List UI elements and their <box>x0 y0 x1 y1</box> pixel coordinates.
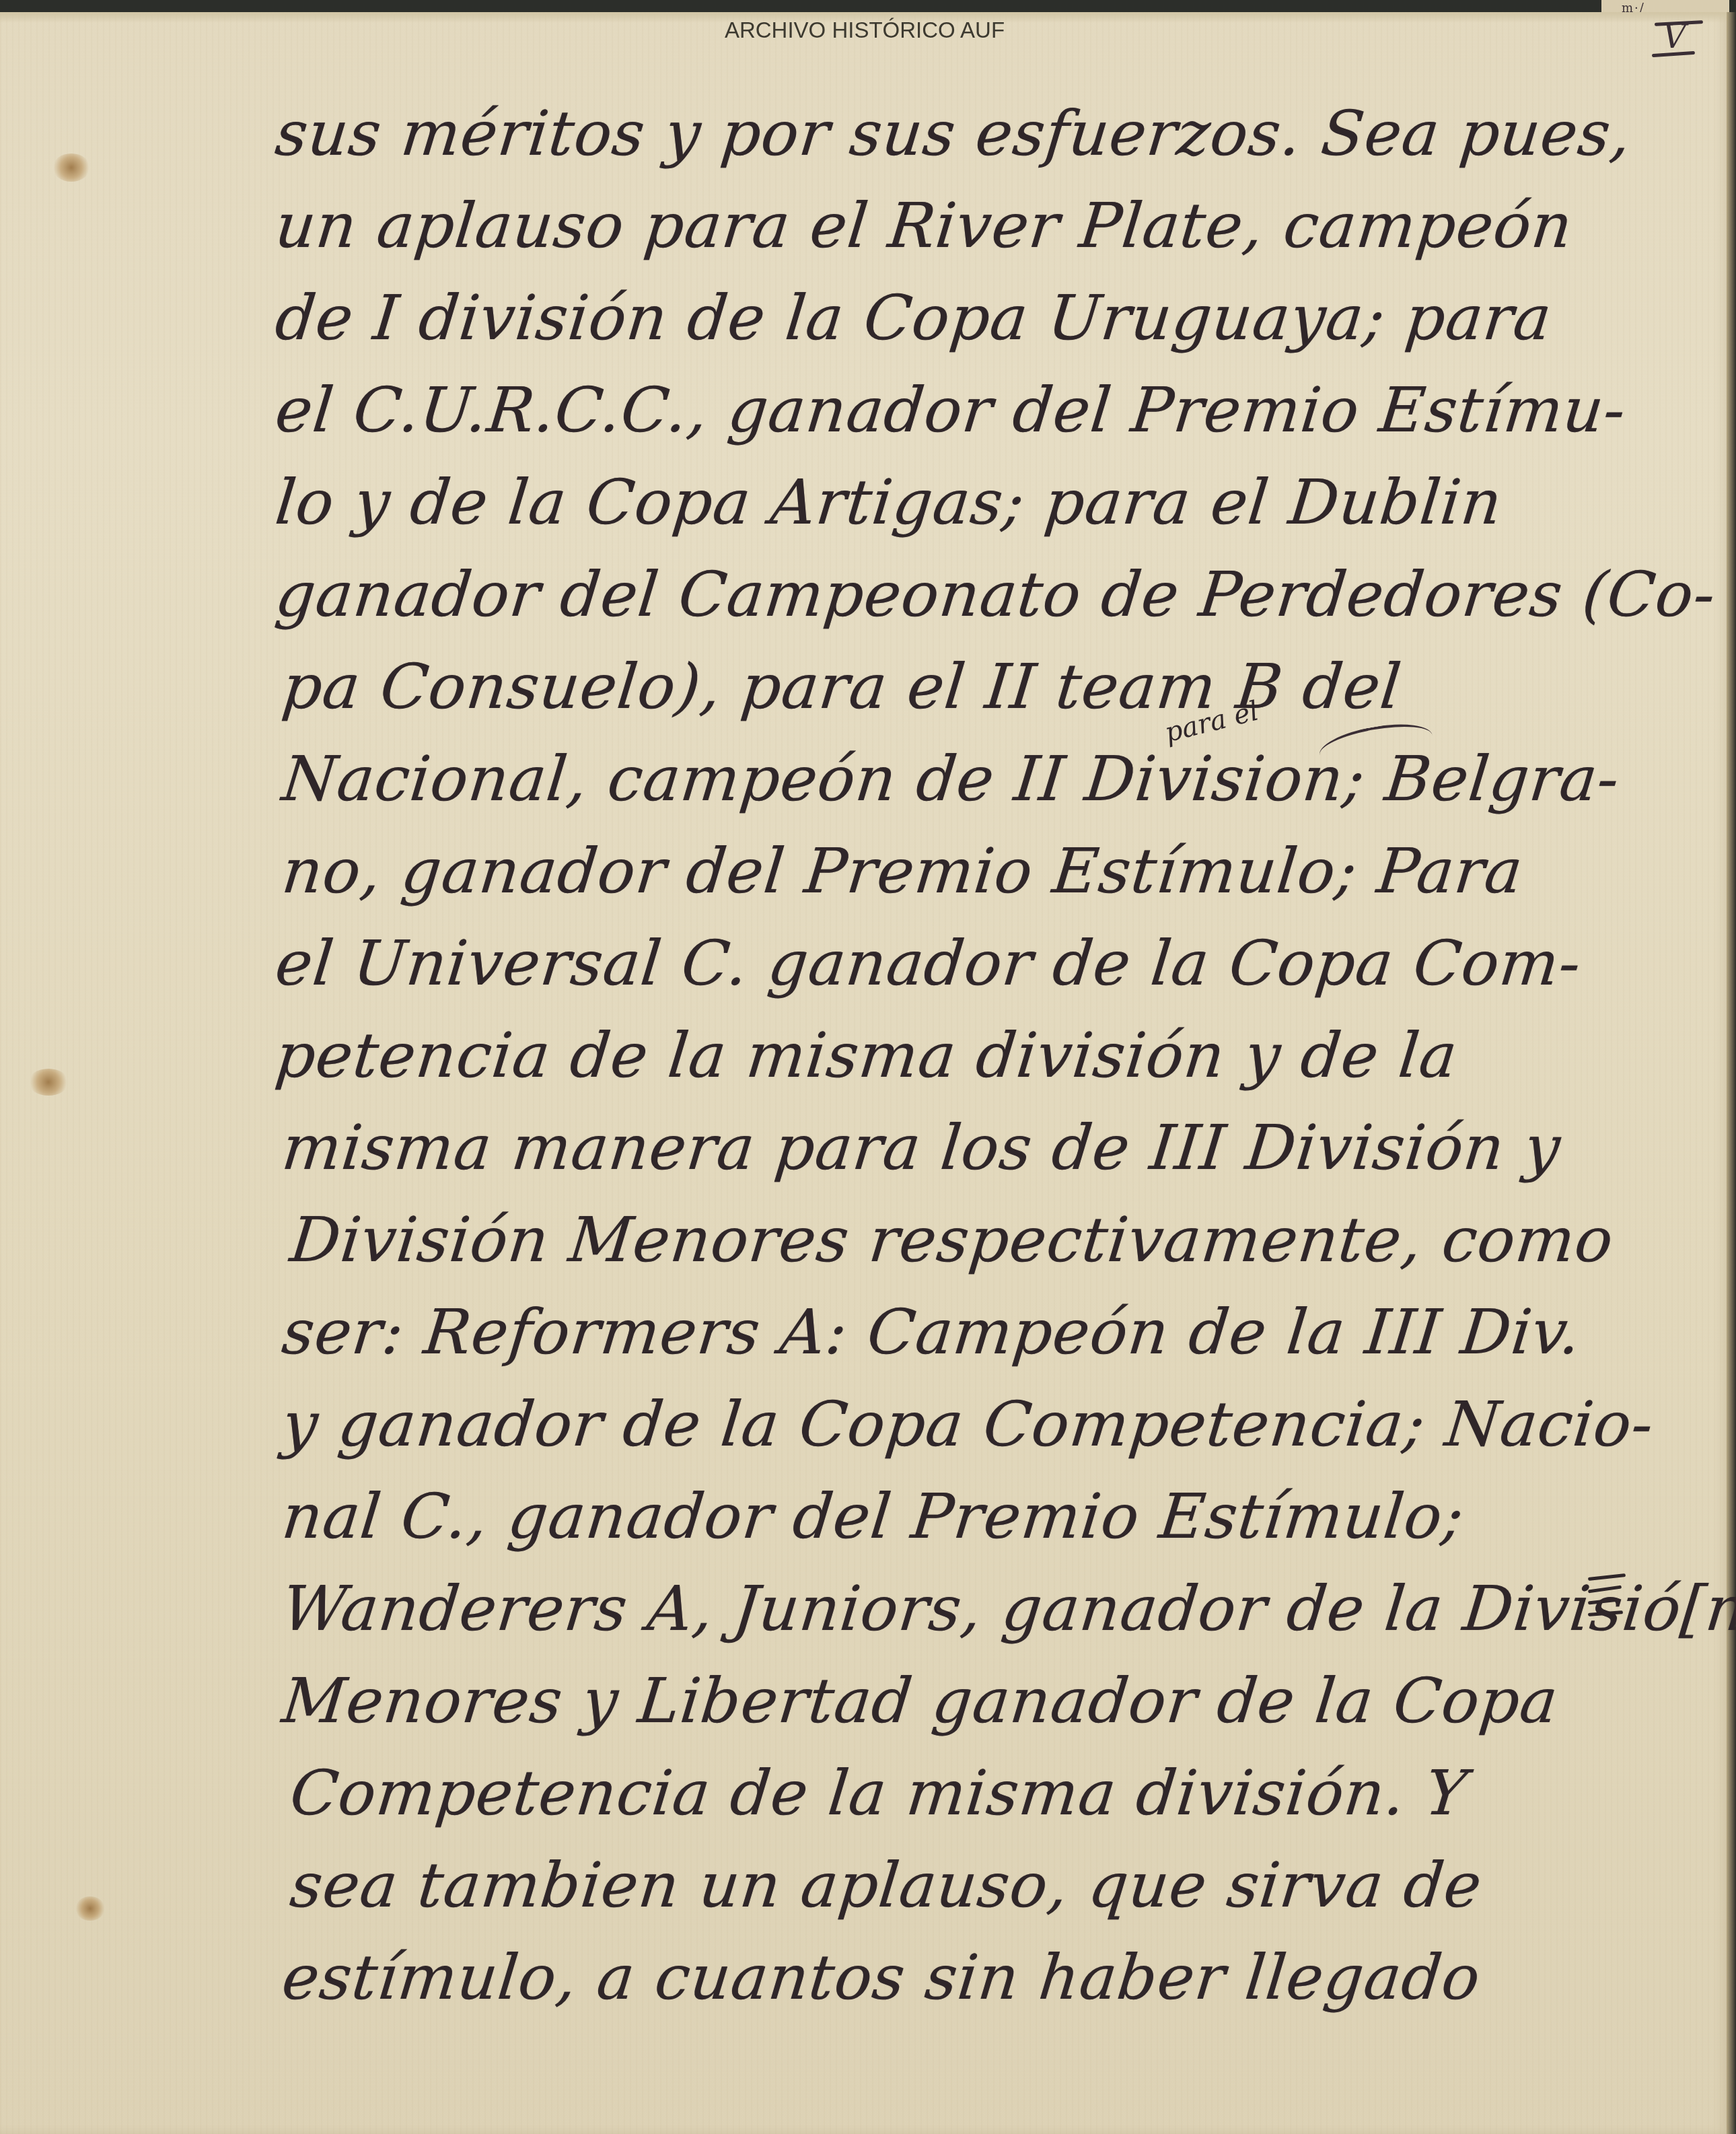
text-line: estímulo, a cuantos sin haber llegado <box>271 1931 1734 2024</box>
paper-stain-hole <box>52 153 90 182</box>
handwritten-text-body: sus méritos y por sus esfuerzos. Sea pue… <box>276 87 1729 2024</box>
text-line: ganador del Campeonato de Perdedores (Co… <box>271 548 1734 641</box>
archive-watermark: ARCHIVO HISTÓRICO AUF <box>0 17 1733 43</box>
text-line: Wanderers A, Juniors, ganador de la Divi… <box>271 1563 1734 1655</box>
text-line: petencia de la misma división y de la <box>271 1009 1734 1102</box>
text-line: lo y de la Copa Artigas; para el Dublin <box>271 456 1734 548</box>
text-line: el C.U.R.C.C., ganador del Premio Estímu… <box>271 364 1734 456</box>
page-number-text: V <box>1663 20 1686 54</box>
text-line: Competencia de la misma división. Y <box>271 1747 1734 1839</box>
text-line: no, ganador del Premio Estímulo; Para <box>271 825 1734 917</box>
text-line: sus méritos y por sus esfuerzos. Sea pue… <box>271 87 1734 180</box>
scanned-document: m·/ ARCHIVO HISTÓRICO AUF V sus méritos … <box>0 0 1736 2134</box>
text-line: ser: Reformers A: Campeón de la III Div. <box>271 1286 1734 1378</box>
text-line: sea tambien un aplauso, que sirva de <box>271 1839 1734 1931</box>
page-number-underline <box>1652 51 1695 57</box>
text-line: Menores y Libertad ganador de la Copa <box>271 1655 1734 1747</box>
text-line: misma manera para los de III División y <box>271 1102 1734 1194</box>
text-line: Nacional, campeón de II Division; Belgra… <box>271 733 1734 825</box>
page-number-roman: V <box>1652 19 1699 57</box>
text-line: el Universal C. ganador de la Copa Com- <box>271 917 1734 1009</box>
crossed-out-mark <box>1588 1571 1628 1619</box>
text-line: de I división de la Copa Uruguaya; para <box>271 272 1734 364</box>
text-line: un aplauso para el River Plate, campeón <box>271 180 1734 272</box>
paper-stain-hole <box>28 1069 69 1096</box>
text-line: y ganador de la Copa Competencia; Nacio- <box>271 1378 1734 1470</box>
text-line: nal C., ganador del Premio Estímulo; <box>271 1470 1734 1563</box>
text-line: pa Consuelo), para el II team B del <box>271 641 1734 733</box>
text-line: División Menores respectivamente, como <box>271 1194 1734 1286</box>
paper-stain-hole <box>75 1896 105 1921</box>
